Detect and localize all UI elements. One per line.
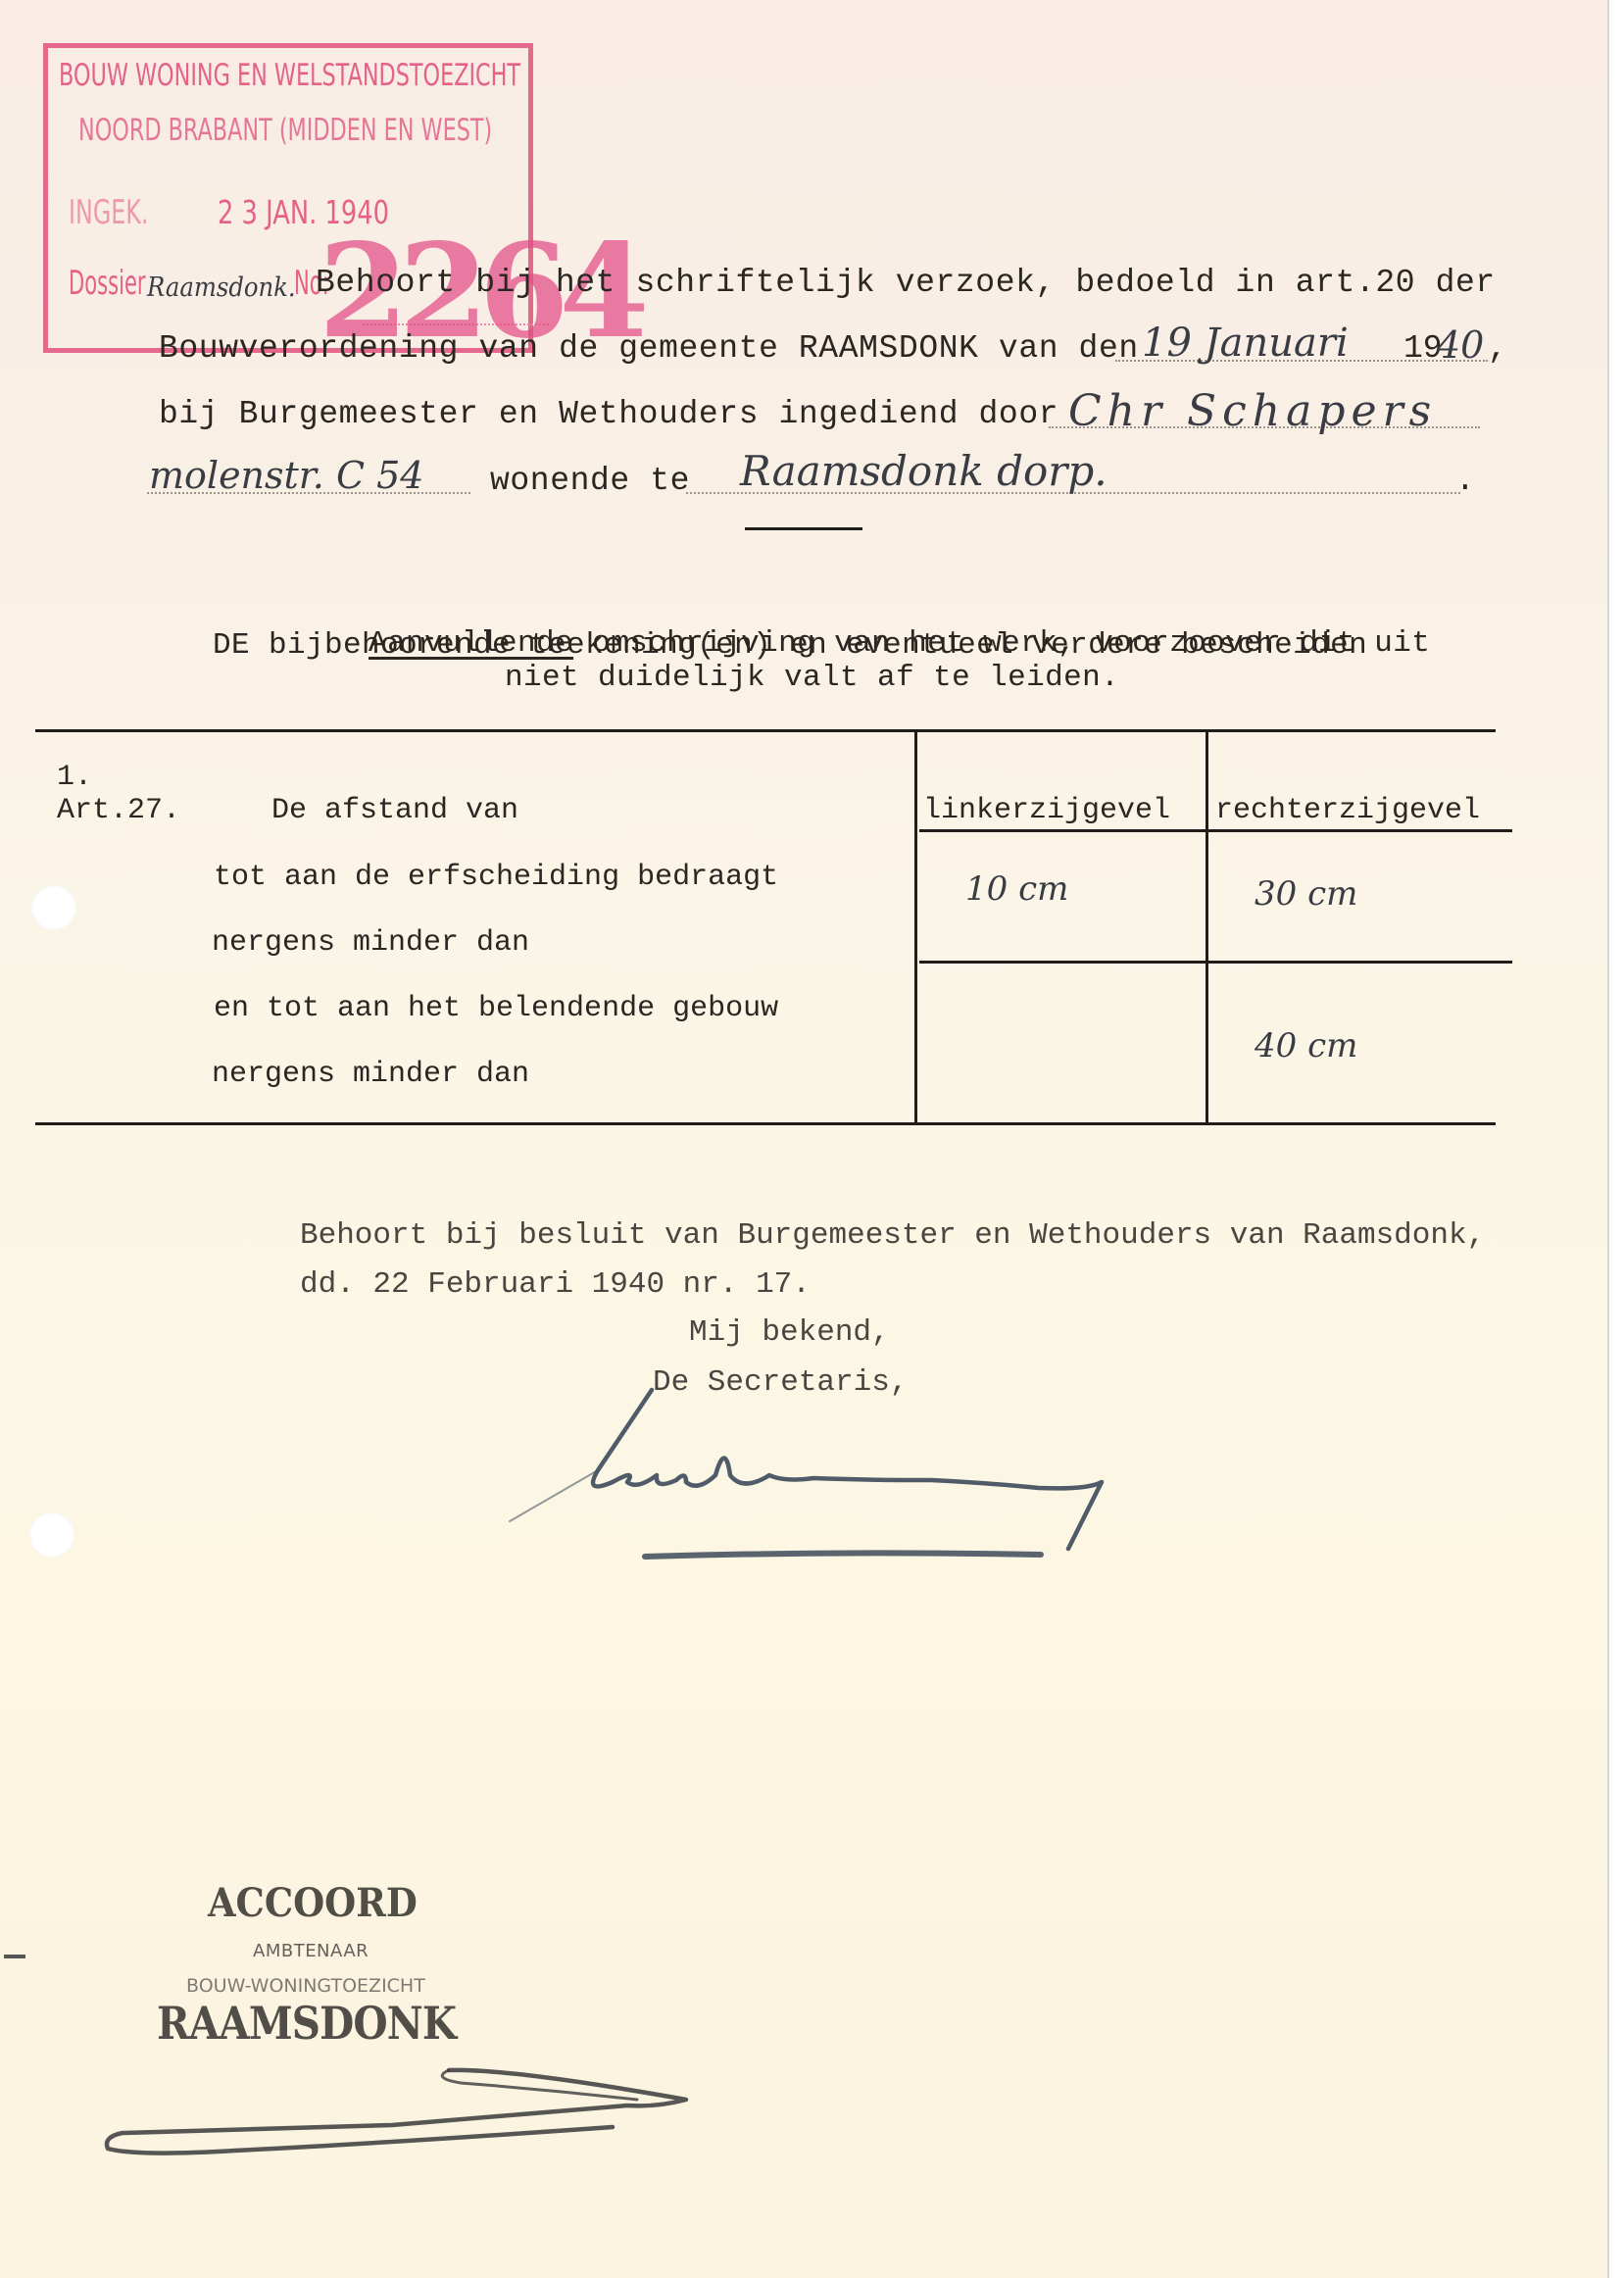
approval-signature <box>0 0 1624 2278</box>
document-page: BOUW WONING EN WELSTANDSTOEZICHT NOORD B… <box>0 0 1609 2278</box>
margin-mark <box>4 1955 25 1958</box>
